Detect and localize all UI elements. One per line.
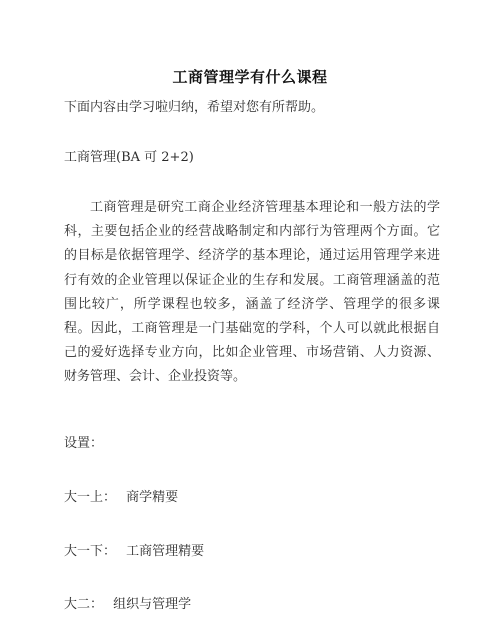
course-term: 大一上： [64, 490, 116, 505]
course-item: 大一下： 工商管理精要 [64, 540, 204, 559]
course-name: 组织与管理学 [113, 597, 191, 612]
course-item: 大二： 组织与管理学 [64, 593, 191, 612]
intro-text: 下面内容由学习啦归纳，希望对您有所帮助。 [64, 96, 324, 115]
course-term: 大一下： [64, 544, 116, 559]
settings-label: 设置： [64, 432, 103, 451]
subtitle-text: 工商管理(BA 可 2+2) [64, 146, 194, 165]
body-paragraph: 工商管理是研究工商企业经济管理基本理论和一般方法的学科，主要包括企业的经营战略制… [64, 196, 440, 390]
course-term: 大二： [64, 597, 103, 612]
course-item: 大一上： 商学精要 [64, 486, 178, 505]
course-name: 商学精要 [126, 490, 178, 505]
course-name: 工商管理精要 [126, 544, 204, 559]
document-title: 工商管理学有什么课程 [0, 66, 500, 87]
document-page: 工商管理学有什么课程 下面内容由学习啦归纳，希望对您有所帮助。 工商管理(BA … [0, 0, 500, 637]
